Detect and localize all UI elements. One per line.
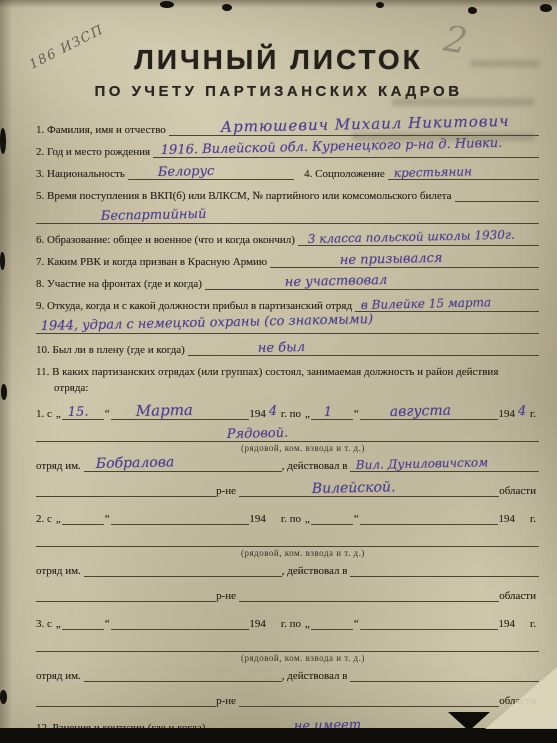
field-label: 1. Фамилия, имя и отчество [36,124,169,136]
blank-line: Артюшевич Михаил Никитович [169,120,539,136]
service-period-rank [36,637,539,652]
field-surname: 1. Фамилия, имя и отчество Артюшевич Мих… [36,121,539,136]
field-pow: 10. Был ли в плену (где и когда) не был [36,341,539,356]
to-label: г. по [281,618,304,630]
to-label: г. по [281,513,304,525]
blank-line: Белорус [128,164,294,180]
blank-line: Беспартийный [36,208,539,224]
quote-mark: „ [304,408,311,420]
district-label: р-не [216,485,239,497]
unit-label: отряд им. [36,670,84,682]
blank-line: 1 [311,404,353,420]
blank-line [62,509,104,525]
field-label: 6. Образование: общее и военное (что и к… [36,234,298,246]
handwritten-unit: Бобралова [95,454,174,472]
blank-line [36,531,539,547]
quote-mark: „ [304,618,311,630]
service-period-dates: 3. с „ “ 194 г. по „ “ 194 г. [36,615,539,630]
field-label: 3. Национальность [36,168,128,180]
year-suffix: г. [530,513,539,525]
service-period-rank: Рядовой. [36,427,539,442]
handwritten-value: Белорус [157,164,214,180]
field-label: 11. В каких партизанских отрядах (или гр… [36,366,501,378]
quote-mark: “ [353,618,360,630]
blank-line [36,481,216,497]
blank-line [111,509,250,525]
year-prefix: 194 [498,513,518,525]
service-period-district: р-не Вилейской. области [36,482,539,497]
blank-line [360,614,499,630]
scanned-document-page: { "scan": { "archival_mark": "186 ИЗСП",… [0,0,557,743]
bleed-through-text [470,60,540,67]
quote-mark: “ [104,513,111,525]
district-label: р-не [216,695,239,707]
quote-mark: „ [55,408,62,420]
handwritten-year-digit: 4 [269,404,281,419]
handwritten-month: августа [390,403,451,420]
field-label: 9. Откуда, когда и с какой должности при… [36,300,355,312]
handwritten-value: крестьянин [394,164,472,180]
period-prefix: 3. с [36,618,55,630]
blank-line: не был [188,340,539,356]
blank-line: не призывался [270,252,539,268]
handwritten-day: 1 [323,405,332,420]
year-prefix: 194 [249,408,269,420]
field-label: 7. Каким РВК и когда призван в Красную А… [36,256,270,268]
blank-line [360,509,499,525]
blank-line: 15. [62,404,104,420]
blank-line [239,691,499,707]
blank-line [311,509,353,525]
oblast-label: области [499,590,539,602]
acted-label: , действовал в [282,670,351,682]
year-suffix: г. [530,618,539,630]
blank-line: 1916. Вилейской обл. Куренецкого р-на д.… [153,142,539,158]
service-period-dates: 1. с „ 15. “ Марта 194 4 г. по „ 1 “ авг… [36,405,539,420]
field-nationality-social: 3. Национальность Белорус 4. Соцположени… [36,165,539,180]
to-label: г. по [281,408,304,420]
service-period-rank [36,532,539,547]
oblast-label: области [499,485,539,497]
acted-label: , действовал в [282,565,351,577]
field-label: 4. Соцположение [294,168,388,180]
field-label: 8. Участие на фронтах (где и когда) [36,278,205,290]
blank-line: в Вилейке 15 марта [355,296,539,312]
quote-mark: “ [353,513,360,525]
blank-line [36,586,216,602]
handwritten-value: не призывался [340,251,443,268]
quote-mark: “ [104,408,111,420]
district-label: р-не [216,590,239,602]
quote-mark: “ [353,408,360,420]
year-prefix: 194 [498,618,518,630]
handwritten-rank: Рядовой. [227,426,289,442]
blank-line: крестьянин [388,164,539,180]
blank-line: Марта [111,404,250,420]
field-arrival: 9. Откуда, когда и с какой должности при… [36,297,539,312]
form-body: 1. Фамилия, имя и отчество Артюшевич Мих… [0,100,557,734]
year-suffix: г. [530,408,539,420]
handwritten-value: не был [258,340,306,356]
handwritten-value: не участвовал [285,273,388,290]
handwritten-value: Беспартийный [101,207,207,224]
service-period-unit: отряд им. Бобралова , действовал в Вил. … [36,457,539,472]
field-label: 10. Был ли в плену (где и когда) [36,344,188,356]
blank-line [239,586,499,602]
field-label: 2. Год и место рождения [36,146,153,158]
blank-line: 1944, удрал с немецкой охраны (со знаком… [36,318,539,334]
blank-line: августа [360,404,499,420]
handwritten-value: в Вилейке 15 марта [360,295,491,312]
service-period-district: р-не области [36,692,539,707]
service-period-district: р-не области [36,587,539,602]
blank-line: Вилейской. [239,481,499,497]
blank-line [84,666,282,682]
field-label: 5. Время поступления в ВКП(б) или ВЛКСМ,… [36,190,455,202]
handwritten-day: 15. [68,405,89,420]
handwritten-district: Вилейской. [312,479,396,497]
year-prefix: 194 [249,513,269,525]
blank-line [36,636,539,652]
field-units-heading: 11. В каких партизанских отрядах (или гр… [36,365,539,379]
field-arrival-line2: 1944, удрал с немецкой охраны (со знаком… [36,319,539,334]
field-party-value: Беспартийный [36,209,539,224]
folded-corner [485,667,557,729]
blank-line [350,561,539,577]
handwritten-value: 3 класса польской школы 1930г. [307,228,514,246]
period-prefix: 1. с [36,408,55,420]
field-rvk: 7. Каким РВК и когда призван в Красную А… [36,253,539,268]
blank-line [62,614,104,630]
quote-mark: „ [55,513,62,525]
handwritten-month: Марта [135,401,192,420]
bleed-through-text [392,98,534,106]
blank-line: Бобралова [84,456,282,472]
field-label: отряда: [36,382,91,394]
blank-line [311,614,353,630]
field-front-service: 8. Участие на фронтах (где и когда) не у… [36,275,539,290]
service-period-unit: отряд им. , действовал в [36,562,539,577]
acted-label: , действовал в [282,460,351,472]
rank-caption: (рядовой, ком. взвода и т. д.) [36,548,539,558]
handwritten-value: Артюшевич Михаил Никитович [220,112,509,136]
unit-label: отряд им. [36,565,84,577]
handwritten-value: 1944, удрал с немецкой охраны (со знаком… [41,312,374,334]
blank-line [111,614,250,630]
field-party-label: 5. Время поступления в ВКП(б) или ВЛКСМ,… [36,187,539,202]
year-prefix: 194 [498,408,518,420]
quote-mark: „ [304,513,311,525]
field-education: 6. Образование: общее и военное (что и к… [36,231,539,246]
blank-line: Рядовой. [36,426,539,442]
blank-line: 3 класса польской школы 1930г. [298,230,539,246]
service-period-dates: 2. с „ “ 194 г. по „ “ 194 г. [36,510,539,525]
field-units-heading2: отряда: [36,381,539,395]
blank-line: не участвовал [205,274,539,290]
document-content: 186 ИЗСП 2 ЛИЧНЫЙ ЛИСТОК ПО УЧЕТУ ПАРТИЗ… [0,0,557,728]
service-period-unit: отряд им. , действовал в [36,667,539,682]
year-prefix: 194 [249,618,269,630]
quote-mark: “ [104,618,111,630]
blank-line: Вил. Дуниловичском [350,456,539,472]
rank-caption: (рядовой, ком. взвода и т. д.) [36,653,539,663]
unit-label: отряд им. [36,460,84,472]
blank-line [36,691,216,707]
period-prefix: 2. с [36,513,55,525]
handwritten-value: 1916. Вилейской обл. Куренецкого р-на д.… [160,136,502,158]
quote-mark: „ [55,618,62,630]
rank-caption: (рядовой, ком. взвода и т. д.) [36,443,539,453]
blank-line [455,186,539,202]
handwritten-year-digit: 4 [518,404,530,419]
handwritten-area: Вил. Дуниловичском [356,455,489,472]
blank-line [84,561,282,577]
field-birth: 2. Год и место рождения 1916. Вилейской … [36,143,539,158]
